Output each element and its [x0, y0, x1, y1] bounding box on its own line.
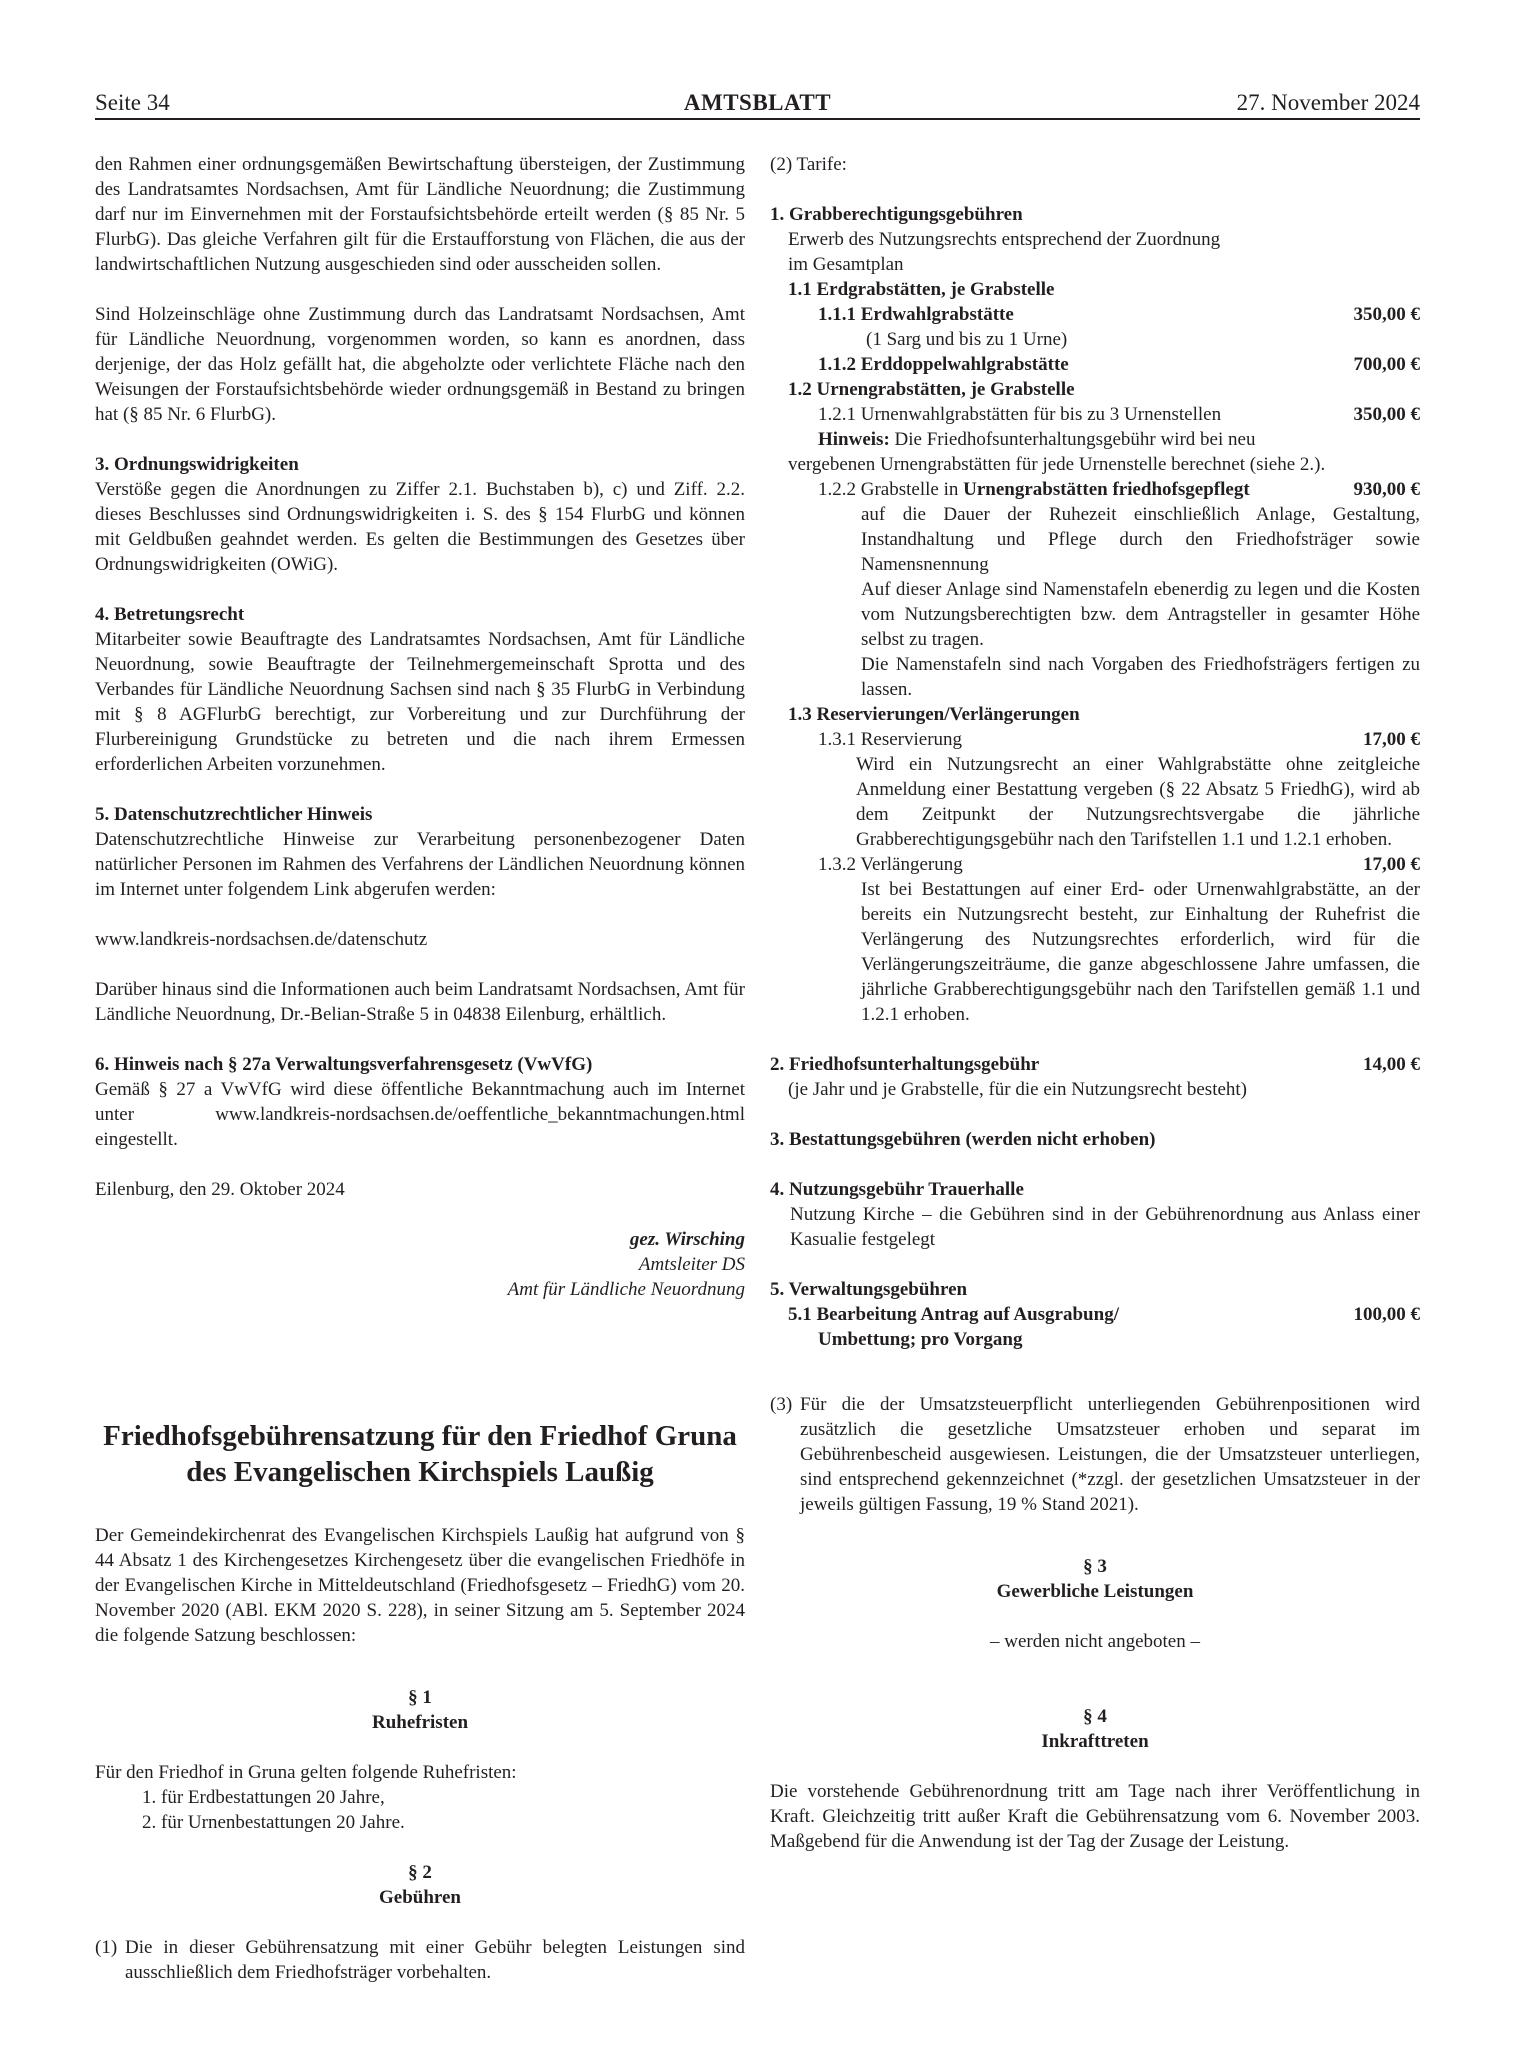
tarif-desc: (je Jahr und je Grabstelle, für die ein …	[770, 1077, 1420, 1102]
tarif-1-grabberechtigung: 1. Grabberechtigungsgebühren Erwerb des …	[770, 202, 1420, 1027]
intro-paragraph: Sind Holzeinschläge ohne Zustimmung durc…	[95, 302, 745, 427]
tarif-row: 1.3.1 Reservierung 17,00 €	[770, 727, 1420, 752]
tarif-hint: Hinweis: Die Friedhofsunterhaltungsgebüh…	[770, 427, 1420, 452]
tarif-price: 100,00 €	[1344, 1302, 1421, 1327]
right-column-lower: (3) Für die der Umsatzsteuerpflicht unte…	[770, 1392, 1420, 1854]
tarif-5-verwaltung: 5. Verwaltungsgebühren 5.1 Bearbeitung A…	[770, 1277, 1420, 1352]
tarif-label: 1.3.2 Verlängerung	[818, 852, 1353, 877]
intro-paragraph: den Rahmen einer ordnungsgemäßen Bewirts…	[95, 152, 745, 277]
tarif-label: 1.2.2 Grabstelle in	[818, 479, 958, 500]
paragraph-3-gewerbliche-leistungen: § 3 Gewerbliche Leistungen – werden nich…	[770, 1554, 1420, 1654]
tarif-desc: Erwerb des Nutzungsrechts entsprechend d…	[770, 227, 1420, 252]
tarif-row: 1.2.2 Grabstelle in Urnengrabstätten fri…	[770, 477, 1420, 502]
section-body: Gemäß § 27 a VwVfG wird diese öffentlich…	[95, 1077, 745, 1152]
tarif-4-trauerhalle: 4. Nutzungsgebühr Trauerhalle Nutzung Ki…	[770, 1177, 1420, 1252]
tarif-row: 5.1 Bearbeitung Antrag auf Ausgrabung/ 1…	[770, 1302, 1420, 1327]
tarif-label-bold: Urnengrabstätten friedhofsgepflegt	[963, 479, 1250, 500]
tarif-3-heading: 3. Bestattungsgebühren (werden nicht erh…	[770, 1127, 1420, 1152]
signature-name: gez. Wirsching	[95, 1227, 745, 1252]
paragraph-number: § 1	[95, 1685, 745, 1710]
section-body: Mitarbeiter sowie Beauftragte des Landra…	[95, 627, 745, 777]
tarif-price: 17,00 €	[1353, 727, 1420, 752]
tarif-heading: 5. Verwaltungsgebühren	[770, 1277, 1420, 1302]
paragraph-number: § 3	[770, 1554, 1420, 1579]
signature-block: gez. Wirsching Amtsleiter DS Amt für Län…	[95, 1227, 745, 1302]
right-column: (2) Tarife: 1. Grabberechtigungsgebühren…	[770, 152, 1420, 1352]
tarif-label: 1.1.2 Erddoppelwahlgrabstätte	[818, 352, 1344, 377]
paragraph-4-inkrafttreten: § 4 Inkrafttreten Die vorstehende Gebühr…	[770, 1704, 1420, 1854]
preamble: Der Gemeindekirchenrat des Evangelischen…	[95, 1523, 745, 1648]
tarif-desc: Ist bei Bestattungen auf einer Erd- oder…	[770, 877, 1420, 1027]
tarif-price: 350,00 €	[1344, 302, 1421, 327]
section-heading: 3. Ordnungswidrigkeiten	[95, 452, 745, 477]
section-datenschutz: 5. Datenschutzrechtlicher Hinweis Datens…	[95, 802, 745, 1027]
satzung-left: Friedhofsgebührensatzung für den Friedho…	[95, 1418, 745, 1985]
paragraph-text: – werden nicht angeboten –	[770, 1629, 1420, 1654]
tarif-desc: Nutzung Kirche – die Gebühren sind in de…	[770, 1202, 1420, 1252]
tarif-hint: vergebenen Urnengrabstätten für jede Urn…	[770, 452, 1420, 477]
tarif-desc: Die Namenstafeln sind nach Vorgaben des …	[770, 652, 1420, 702]
tarif-subheading: 1.1 Erdgrabstätten, je Grabstelle	[770, 277, 1420, 302]
tarif-desc: auf die Dauer der Ruhezeit einschließlic…	[770, 502, 1420, 577]
absatz-3: (3) Für die der Umsatzsteuerpflicht unte…	[770, 1392, 1420, 1517]
tarif-label: 1.3.1 Reservierung	[818, 727, 1353, 752]
publication-title: AMTSBLATT	[95, 88, 1420, 118]
tarif-subheading: 1.2 Urnengrabstätten, je Grabstelle	[770, 377, 1420, 402]
tarif-label: Umbettung; pro Vorgang	[770, 1327, 1420, 1352]
section-body: Verstöße gegen die Anordnungen zu Ziffer…	[95, 477, 745, 577]
tarife-label: (2) Tarife:	[770, 152, 1420, 177]
tarif-heading: 1. Grabberechtigungsgebühren	[770, 202, 1420, 227]
tarif-row: 1.2.1 Urnenwahlgrabstätten für bis zu 3 …	[770, 402, 1420, 427]
signature-role: Amtsleiter DS	[95, 1252, 745, 1277]
paragraph-title: Inkrafttreten	[770, 1729, 1420, 1754]
tarif-price: 17,00 €	[1353, 852, 1420, 877]
place-date: Eilenburg, den 29. Oktober 2024	[95, 1177, 745, 1202]
hint-text: Die Friedhofsunterhaltungsgebühr wird be…	[895, 429, 1256, 450]
tarif-2-unterhaltung: 2. Friedhofsunterhaltungsgebühr 14,00 € …	[770, 1052, 1420, 1102]
tarif-row: 2. Friedhofsunterhaltungsgebühr 14,00 €	[770, 1052, 1420, 1077]
tarif-row: 1.3.2 Verlängerung 17,00 €	[770, 852, 1420, 877]
page-header: Seite 34 AMTSBLATT 27. November 2024	[95, 88, 1420, 120]
tarif-row: 1.1.1 Erdwahlgrabstätte 350,00 €	[770, 302, 1420, 327]
paragraph-title: Ruhefristen	[95, 1710, 745, 1735]
tarif-subheading: 1.3 Reservierungen/Verlängerungen	[770, 702, 1420, 727]
tarif-heading: 2. Friedhofsunterhaltungsgebühr	[770, 1052, 1353, 1077]
document-title-line-2: des Evangelischen Kirchspiels Laußig	[186, 1456, 654, 1488]
tarif-price: 930,00 €	[1344, 477, 1421, 502]
tarif-desc: Wird ein Nutzungsrecht an einer Wahlgrab…	[770, 752, 1420, 852]
list-item: 2. für Urnenbestattungen 20 Jahre.	[95, 1810, 745, 1835]
datenschutz-link[interactable]: www.landkreis-nordsachsen.de/datenschutz	[95, 927, 745, 952]
absatz-text: Die in dieser Gebührensatzung mit einer …	[125, 1935, 745, 1985]
document-title-line-1: Friedhofsgebührensatzung für den Friedho…	[103, 1420, 737, 1452]
tarif-heading: 4. Nutzungsgebühr Trauerhalle	[770, 1177, 1420, 1202]
paragraph-1-ruhefristen: § 1 Ruhefristen Für den Friedhof in Grun…	[95, 1685, 745, 1835]
tarif-label: 5.1 Bearbeitung Antrag auf Ausgrabung/	[788, 1302, 1344, 1327]
section-heading: 6. Hinweis nach § 27a Verwaltungsverfahr…	[95, 1052, 745, 1077]
section-betretungsrecht: 4. Betretungsrecht Mitarbeiter sowie Bea…	[95, 602, 745, 777]
paragraph-title: Gewerbliche Leistungen	[770, 1579, 1420, 1604]
hint-label: Hinweis:	[818, 429, 890, 450]
tarif-note: (1 Sarg und bis zu 1 Urne)	[770, 327, 1420, 352]
tarif-row: 1.1.2 Erddoppelwahlgrabstätte 700,00 €	[770, 352, 1420, 377]
tarif-label: 1.2.1 Urnenwahlgrabstätten für bis zu 3 …	[818, 402, 1344, 427]
issue-date: 27. November 2024	[1237, 88, 1420, 118]
paragraph-title: Gebühren	[95, 1885, 745, 1910]
paragraph-text: Die vorstehende Gebührenordnung tritt am…	[770, 1779, 1420, 1854]
section-vwvfg-hinweis: 6. Hinweis nach § 27a Verwaltungsverfahr…	[95, 1052, 745, 1152]
paragraph-number: § 2	[95, 1860, 745, 1885]
absatz-number: (1)	[95, 1935, 125, 1985]
tarif-label: 1.1.1 Erdwahlgrabstätte	[818, 302, 1344, 327]
left-column: den Rahmen einer ordnungsgemäßen Bewirts…	[95, 152, 745, 1302]
paragraph-intro: Für den Friedhof in Gruna gelten folgend…	[95, 1760, 745, 1785]
document-title: Friedhofsgebührensatzung für den Friedho…	[95, 1418, 745, 1490]
section-heading: 4. Betretungsrecht	[95, 602, 745, 627]
paragraph-2-gebuehren: § 2 Gebühren (1) Die in dieser Gebührens…	[95, 1860, 745, 1985]
section-heading: 5. Datenschutzrechtlicher Hinweis	[95, 802, 745, 827]
signature-office: Amt für Ländliche Neuordnung	[95, 1277, 745, 1302]
section-body: Datenschutzrechtliche Hinweise zur Verar…	[95, 827, 745, 902]
section-ordnungswidrigkeiten: 3. Ordnungswidrigkeiten Verstöße gegen d…	[95, 452, 745, 577]
tarif-desc: Auf dieser Anlage sind Namenstafeln eben…	[770, 577, 1420, 652]
list-item: 1. für Erdbestattungen 20 Jahre,	[95, 1785, 745, 1810]
absatz-text: Für die der Umsatzsteuerpflicht unterlie…	[800, 1392, 1420, 1517]
section-body: Darüber hinaus sind die Informationen au…	[95, 977, 745, 1027]
absatz-1: (1) Die in dieser Gebührensatzung mit ei…	[95, 1935, 745, 1985]
paragraph-number: § 4	[770, 1704, 1420, 1729]
absatz-number: (3)	[770, 1392, 800, 1517]
tarif-price: 14,00 €	[1353, 1052, 1420, 1077]
tarif-desc: im Gesamtplan	[770, 252, 1420, 277]
tarif-price: 700,00 €	[1344, 352, 1421, 377]
tarif-price: 350,00 €	[1344, 402, 1421, 427]
